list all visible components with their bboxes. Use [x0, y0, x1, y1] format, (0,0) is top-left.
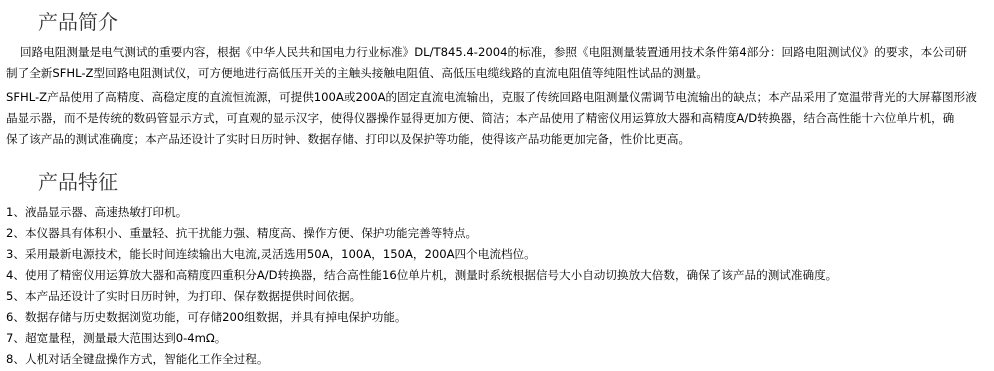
feature-item: 8、人机对话全键盘操作方式，智能化工作全过程。 — [6, 349, 837, 370]
paragraph-line: 晶显示器，而不是传统的数码管显示方式，可直观的显示汉字，使得仪器操作显得更加方便… — [6, 108, 992, 129]
intro-paragraph-1: 回路电阻测量是电气测试的重要内容，根据《中华人民共和国电力行业标准》DL/T84… — [6, 42, 992, 84]
feature-item: 5、本产品还设计了实时日历时钟，为打印、保存数据提供时间依据。 — [6, 286, 837, 307]
paragraph-line: 回路电阻测量是电气测试的重要内容，根据《中华人民共和国电力行业标准》DL/T84… — [6, 42, 992, 63]
product-intro-heading: 产品简介 — [38, 10, 118, 34]
product-features-heading: 产品特征 — [38, 170, 118, 194]
paragraph-line: SFHL-Z产品使用了高精度、高稳定度的直流恒流源，可提供100A或200A的固… — [6, 87, 992, 108]
paragraph-line: 保了该产品的测试准确度；本产品还设计了实时日历时钟、数据存储、打印以及保护等功能… — [6, 129, 992, 150]
intro-paragraph-2: SFHL-Z产品使用了高精度、高稳定度的直流恒流源，可提供100A或200A的固… — [6, 87, 992, 150]
feature-item: 2、本仪器具有体积小、重量轻、抗干扰能力强、精度高、操作方便、保护功能完善等特点… — [6, 223, 837, 244]
feature-item: 4、使用了精密仪用运算放大器和高精度四重积分A/D转换器，结合高性能16位单片机… — [6, 265, 837, 286]
feature-item: 7、超宽量程，测量最大范围达到0-4mΩ。 — [6, 328, 837, 349]
features-list: 1、液晶显示器、高速热敏打印机。 2、本仪器具有体积小、重量轻、抗干扰能力强、精… — [6, 202, 837, 370]
feature-item: 3、采用最新电源技术，能长时间连续输出大电流,灵活选用50A，100A，150A… — [6, 244, 837, 265]
feature-item: 6、数据存储与历史数据浏览功能，可存储200组数据，并具有掉电保护功能。 — [6, 307, 837, 328]
paragraph-line: 制了全新SFHL-Z型回路电阻测试仪，可方便地进行高低压开关的主触头接触电阻值、… — [6, 63, 992, 84]
feature-item: 1、液晶显示器、高速热敏打印机。 — [6, 202, 837, 223]
